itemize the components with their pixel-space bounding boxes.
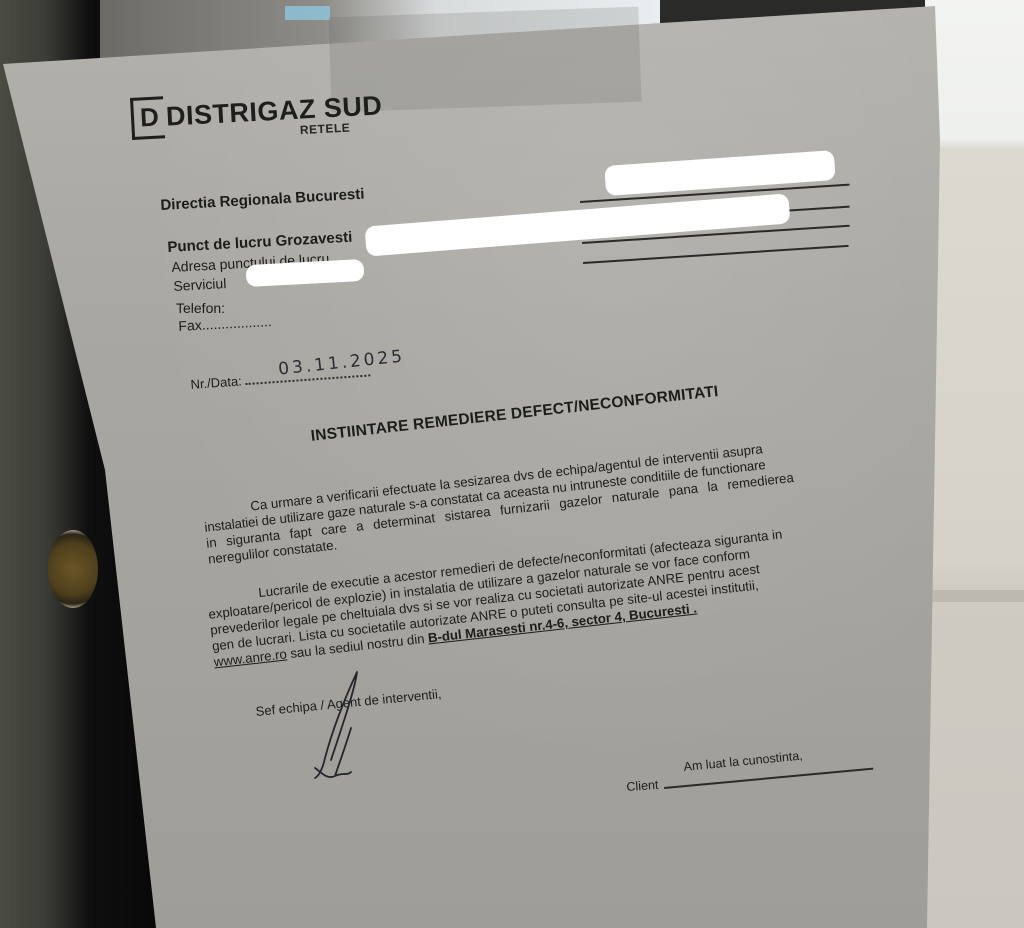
service-label: Serviciul xyxy=(173,275,227,294)
signature-icon xyxy=(305,668,365,788)
client-acknowledgement: Am luat la cunostinta, xyxy=(683,749,803,774)
fax-label-text: Fax xyxy=(178,317,202,334)
client-label: Client xyxy=(626,778,659,794)
directorate: Directia Regionala Bucuresti xyxy=(160,186,365,214)
notice-title: INSTIINTARE REMEDIERE DEFECT/NECONFORMIT… xyxy=(310,383,719,446)
redaction xyxy=(246,259,365,287)
notice-document: DISTRIGAZ SUD RETELE Directia Regionala … xyxy=(0,0,1024,928)
fax-label: Fax.................. xyxy=(178,313,272,334)
number-date-label: Nr./Data: xyxy=(190,373,242,392)
phone-label: Telefon: xyxy=(176,300,225,316)
logo-name: DISTRIGAZ SUD xyxy=(165,90,383,131)
logo-mark-icon xyxy=(130,96,165,140)
company-logo: DISTRIGAZ SUD RETELE xyxy=(130,85,383,140)
redaction xyxy=(364,193,790,256)
recipient-line xyxy=(583,245,849,264)
fax-dots: .................. xyxy=(201,313,272,333)
redaction xyxy=(604,150,836,196)
logo-subtitle: RETELE xyxy=(300,121,351,138)
